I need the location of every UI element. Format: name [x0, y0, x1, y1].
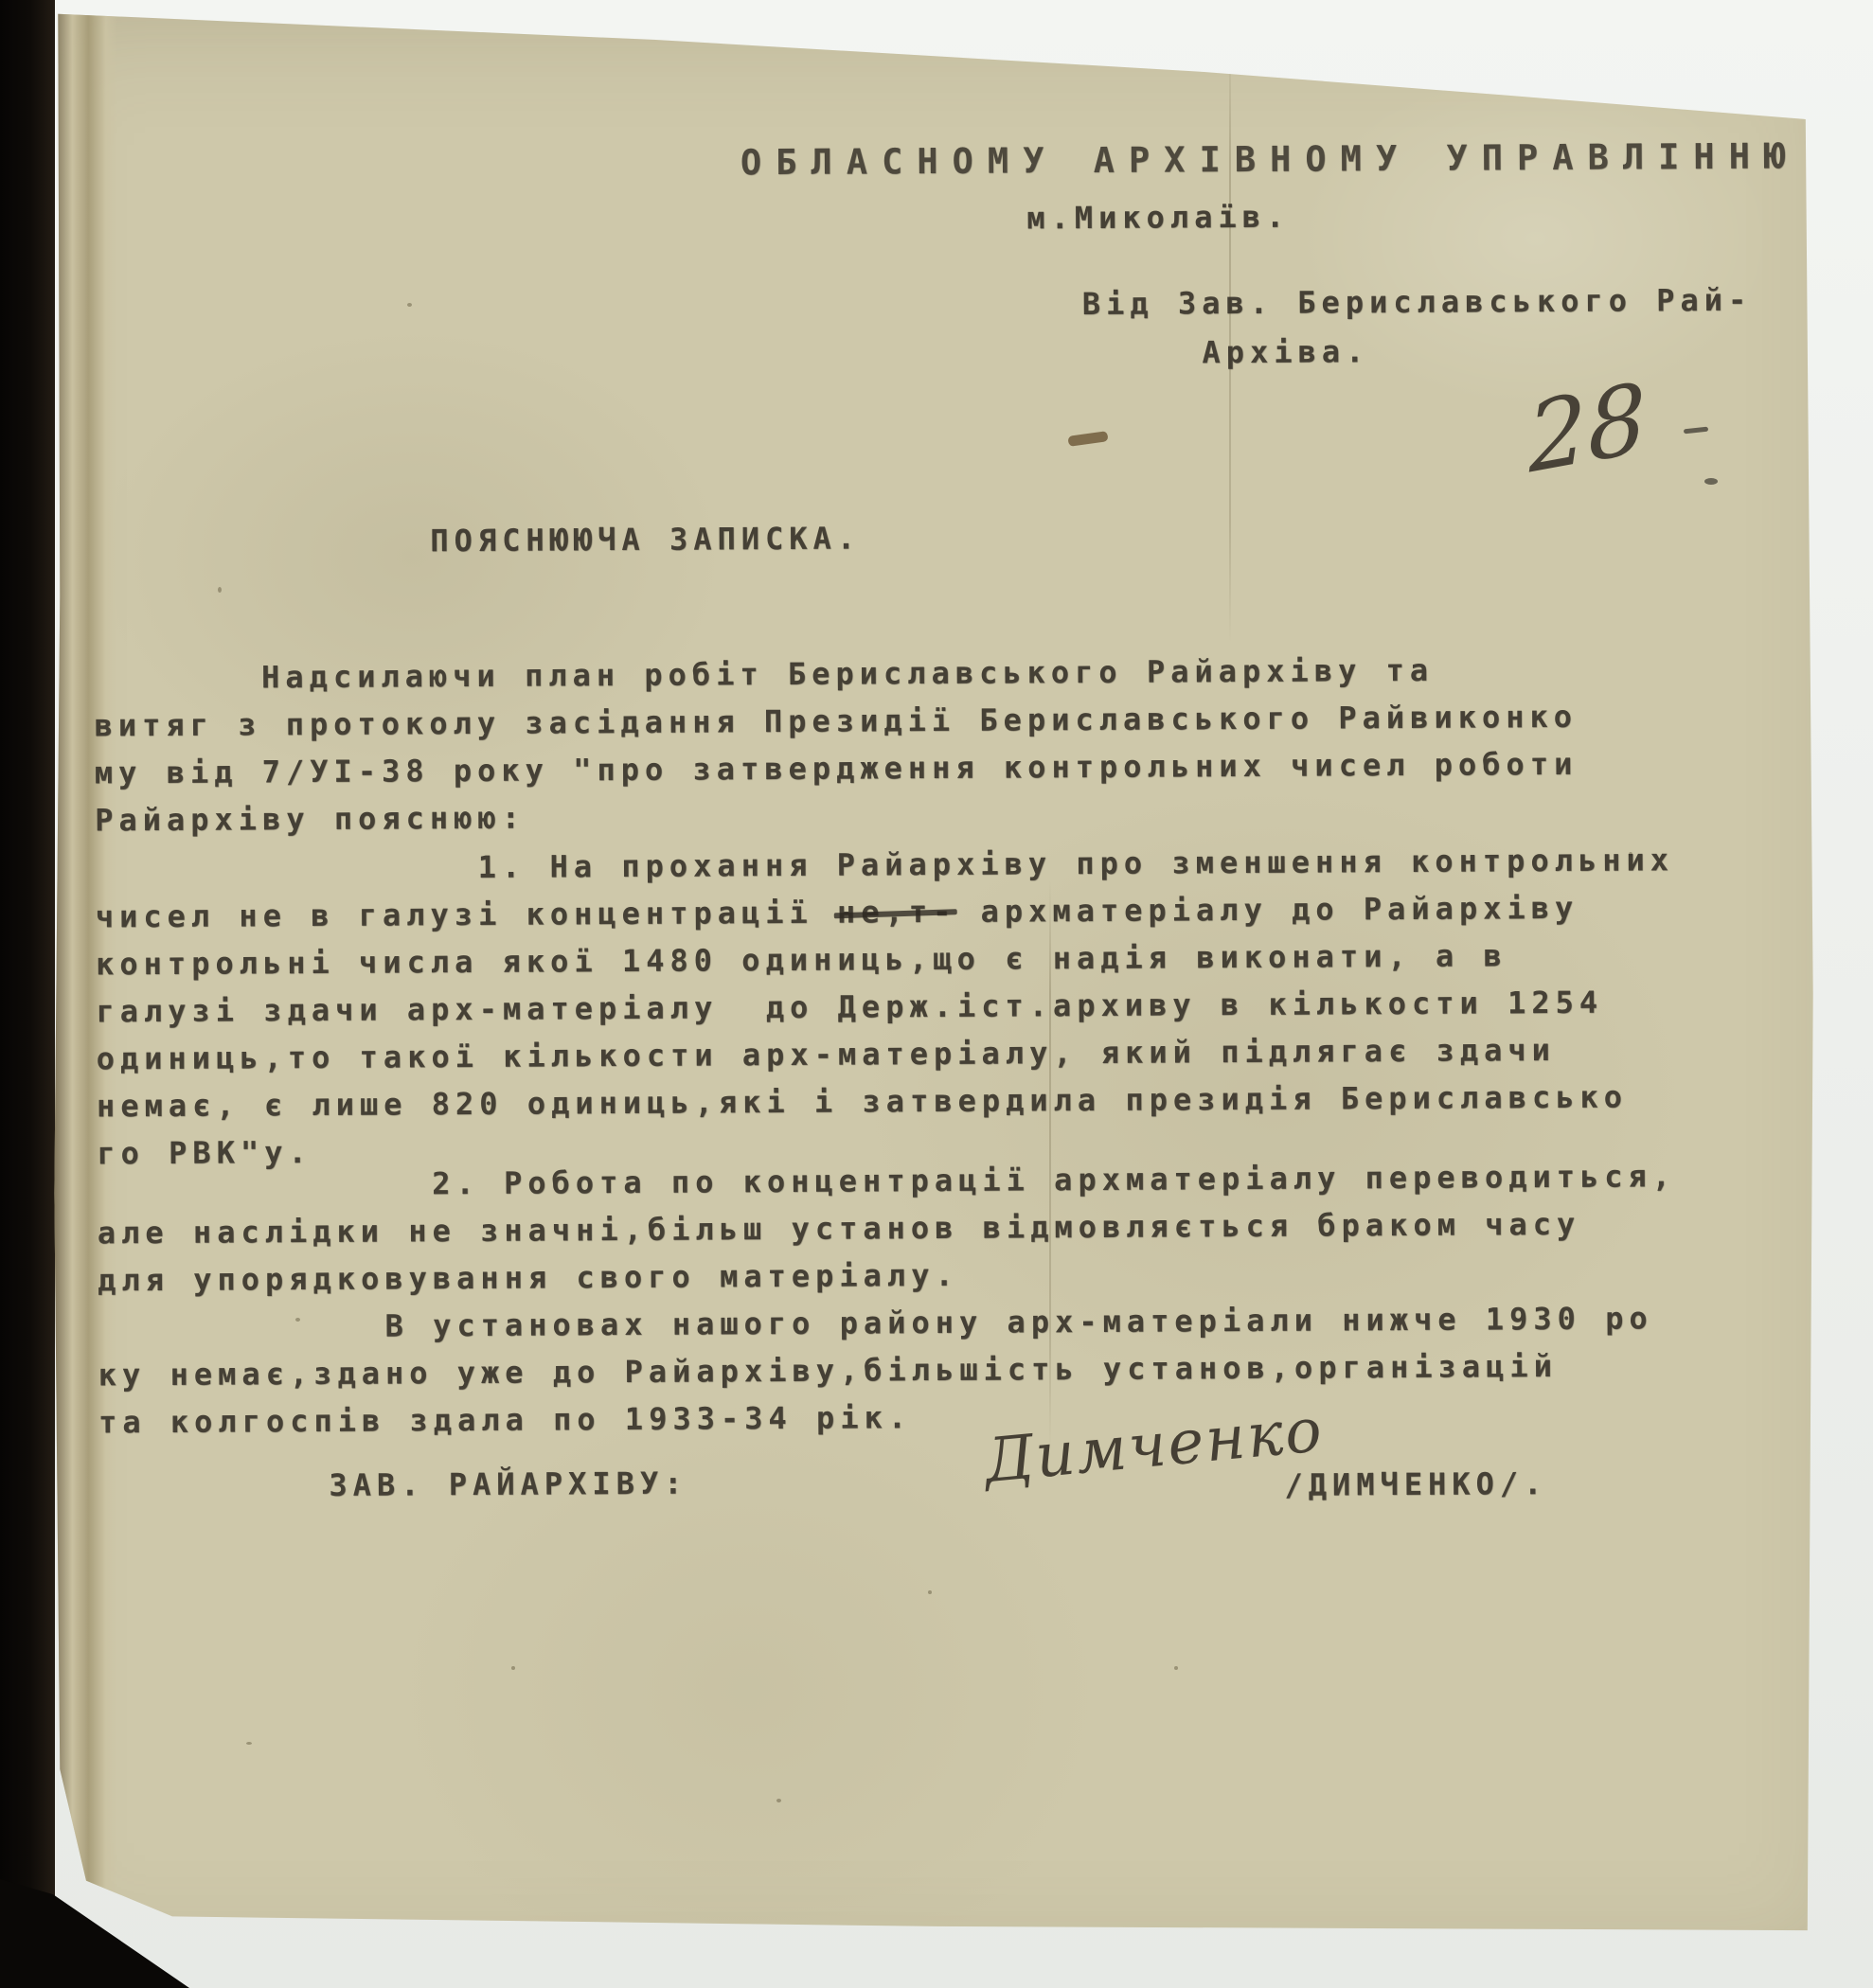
sender-block: Від Зав. Бериславського Рай- Архіва. [1082, 275, 1753, 378]
signature-typed-name: /ДИМЧЕНКО/. [1284, 1460, 1547, 1509]
typed-text-layer: ОБЛАСНОМУ АРХІВНОМУ УПРАВЛІННЮ м.Миколаї… [0, 0, 1873, 1988]
intro-paragraph: Надсилаючи план робіт Бериславського Рай… [94, 646, 1579, 844]
recipient-line: ОБЛАСНОМУ АРХІВНОМУ УПРАВЛІННЮ [740, 133, 1800, 186]
item1-paragraph: 1. На прохання Райархіву про зменшення к… [95, 836, 1676, 1177]
document-title: ПОЯСНЮЮЧА ЗАПИСКА. [430, 514, 861, 564]
signature-label: ЗАВ. РАЙАРХІВУ: [329, 1460, 687, 1509]
document-page: ОБЛАСНОМУ АРХІВНОМУ УПРАВЛІННЮ м.Миколаї… [0, 0, 1873, 1988]
scanned-archive-photo: ОБЛАСНОМУ АРХІВНОМУ УПРАВЛІННЮ м.Миколаї… [0, 0, 1873, 1988]
book-spine [0, 0, 55, 1988]
item2-paragraph: 2. Робота по концентрації архматеріалу п… [97, 1152, 1677, 1446]
handwritten-page-number: 28 [1525, 362, 1649, 495]
city-line: м.Миколаїв. [1026, 193, 1290, 242]
